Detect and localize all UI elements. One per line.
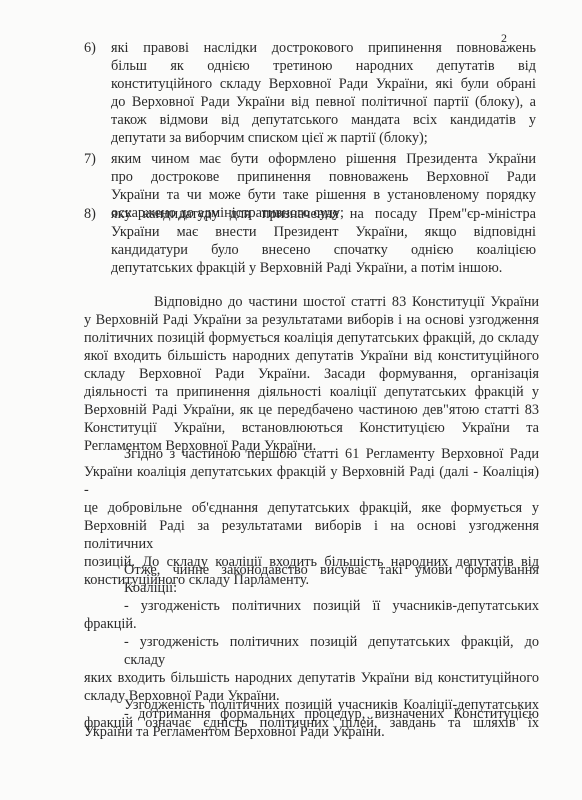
text-line: яких входить більшість народних депутаті… <box>84 669 539 687</box>
text-line: Конституції України, встановлюються Конс… <box>84 419 539 437</box>
text-line: депутати за виборчим списком цієї ж парт… <box>111 129 536 147</box>
text-line: складу Верховної Ради України. Засади фо… <box>84 365 539 383</box>
text-line: якої входить більшість народних депутаті… <box>84 347 539 365</box>
text-line: фракцій. <box>84 615 539 633</box>
text-line: до Верховної Ради України від певної пол… <box>111 93 536 111</box>
text-line: діяльності та припинення діяльності коал… <box>84 383 539 401</box>
text-line: Згідно з частиною першою статті 61 Регла… <box>84 445 539 463</box>
text-line: фракцій означає єдність політичних цілей… <box>84 714 539 732</box>
text-line: у Верховній Раді України за результатами… <box>84 311 539 329</box>
text-line: це добровільне об'єднання депутатських ф… <box>84 499 539 517</box>
text-line: - узгодженість політичних позицій її уча… <box>84 597 539 615</box>
list-number: 7) <box>84 150 106 168</box>
text-line: конституційного складу Верховної Ради Ук… <box>111 75 536 93</box>
text-line: також відмови від депутатського мандата … <box>111 111 536 129</box>
text-line: яку кандидатуру для призначення на посад… <box>111 205 536 223</box>
text-line: яким чином має бути оформлено рішення Пр… <box>111 150 536 168</box>
text-line: депутатських фракцій у Верховній Раді Ук… <box>111 259 536 277</box>
list-item-8: 8) яку кандидатуру для призначення на по… <box>84 205 536 277</box>
list-item-6: 6) які правові наслідки дострокового при… <box>84 39 536 147</box>
paragraph-consistency: Узгодженість політичних позицій учасникі… <box>84 696 539 732</box>
text-line: - узгодженість політичних позицій депута… <box>84 633 539 669</box>
text-line: Верховній Раді України, як це передбачен… <box>84 401 539 419</box>
text-line: які правові наслідки дострокового припин… <box>111 39 536 57</box>
text-line: України та чи може бути таке рішення в у… <box>111 186 536 204</box>
text-line: Отже, чинне законодавство висуває такі у… <box>84 561 539 597</box>
text-line: більш як однією третиною народних депута… <box>111 57 536 75</box>
list-number: 6) <box>84 39 106 57</box>
text-line: кандидатури було внесено спочатку однією… <box>111 241 536 259</box>
list-number: 8) <box>84 205 106 223</box>
text-line: Узгодженість політичних позицій учасникі… <box>84 696 539 714</box>
text-line: України має внести Президент України, як… <box>111 223 536 241</box>
text-line: про дострокове припинення повноважень Ве… <box>111 168 536 186</box>
text-line: Відповідно до частини шостої статті 83 К… <box>84 293 539 311</box>
text-line: політичних позицій формується коаліція д… <box>84 329 539 347</box>
paragraph-constitution: Відповідно до частини шостої статті 83 К… <box>84 293 539 455</box>
text-line: Верховній Раді за результатами виборів і… <box>84 517 539 553</box>
text-line: України коаліція депутатських фракцій у … <box>84 463 539 499</box>
document-page: 2 6) які правові наслідки дострокового п… <box>0 0 582 800</box>
